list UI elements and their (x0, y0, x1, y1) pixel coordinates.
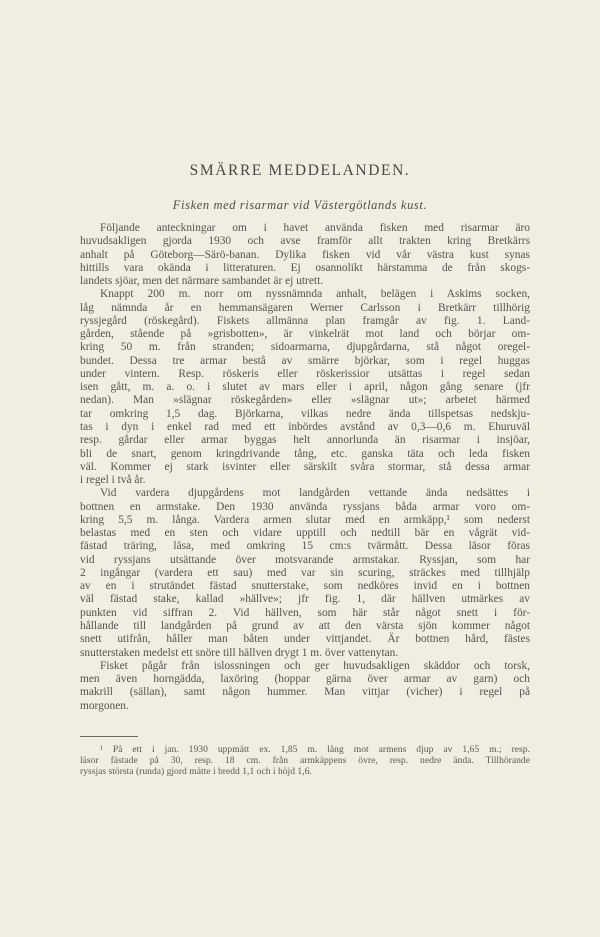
body-line: landets sjöar, men det närmare sambandet… (80, 275, 530, 288)
footnote-divider (80, 736, 138, 737)
body-line: väl. Kommer ej stark isvinter eller särs… (80, 461, 530, 474)
body-line: bundet. Dessa tre armar bestå av smärre … (80, 355, 530, 368)
body-line: Knappt 200 m. norr om nyssnämnda anhalt,… (80, 288, 530, 301)
body-line: tas i dyn i enkel rad med ett inbördes a… (80, 421, 530, 434)
footnote-line: ryssjas största (runda) gjord mätte i br… (80, 766, 530, 777)
footnote-line: läsor fästade på 30, resp. 18 cm. från a… (80, 755, 530, 766)
body-line: av en i strutändet fästad snutterstake, … (80, 580, 530, 593)
body-line: väl fästad stake, kallad »hällve»; jfr f… (80, 593, 530, 606)
body-line: huvudsakligen gjorda 1930 och avse framf… (80, 235, 530, 248)
body-line: belastas med en sten och vidare upptill … (80, 527, 530, 540)
body-line: snutterstaken medelst ett snöre till häl… (80, 647, 530, 660)
body-line: 2 ingångar (vardera ett sau) med var sin… (80, 567, 530, 580)
body-line: i regel i två år. (80, 474, 530, 487)
body-line: hållande till landgården på grund av att… (80, 620, 530, 633)
body-line: tar omkring 1,5 dag. Björkarna, vilkas n… (80, 408, 530, 421)
body-line: nedan). Man »slägnar röskegården» eller … (80, 394, 530, 407)
article-title: Fisken med risarmar vid Västergötlands k… (0, 198, 600, 213)
body-line: ryssjegård (röskegård). Fiskets allmänna… (80, 315, 530, 328)
body-line: under vintern. Resp. röskeris eller rösk… (80, 368, 530, 381)
body-line: Fisket pågår från islossningen och ger h… (80, 660, 530, 673)
body-line: vid ryssjans utsättande över motsvarande… (80, 554, 530, 567)
footnote-line: ¹ På ett i jan. 1930 uppmätt ex. 1,85 m.… (80, 744, 530, 755)
body-line: kring 5,5 m. långa. Vardera armen slutar… (80, 514, 530, 527)
body-line: hittills vara okända i litteraturen. Ej … (80, 262, 530, 275)
section-heading: SMÄRRE MEDDELANDEN. (0, 162, 600, 180)
body-line: isen gått, m. a. o. i slutet av mars ell… (80, 381, 530, 394)
body-line: Följande anteckningar om i havet använda… (80, 222, 530, 235)
body-line: Vid vardera djupgårdens mot landgården v… (80, 487, 530, 500)
body-line: resp. gårdar eller armar byggas helt ann… (80, 434, 530, 447)
body-line: morgonen. (80, 700, 530, 713)
body-line: men även horngädda, laxöring (hoppar gär… (80, 673, 530, 686)
body-line: punkten vid siffran 2. Vid hällven, som … (80, 607, 530, 620)
article-body: Följande anteckningar om i havet använda… (80, 222, 530, 713)
footnote: ¹ På ett i jan. 1930 uppmätt ex. 1,85 m.… (80, 744, 530, 778)
body-line: snett utifrån, håller man båten under vi… (80, 633, 530, 646)
body-line: makrill (sällan), samt någon hummer. Man… (80, 686, 530, 699)
body-line: fästad träring, läsa, med omkring 15 cm:… (80, 540, 530, 553)
body-line: kring 50 m. från stranden; sidoarmarna, … (80, 341, 530, 354)
scanned-page: SMÄRRE MEDDELANDEN. Fisken med risarmar … (0, 0, 600, 937)
body-line: bottnen en armstake. Den 1930 använda ry… (80, 501, 530, 514)
body-line: bli de snart, genom kringdrivande tång, … (80, 448, 530, 461)
body-line: anhalt på Göteborg—Särö-banan. Dylika fi… (80, 249, 530, 262)
body-line: gården, stående på »grisbotten», är vink… (80, 328, 530, 341)
body-line: låg nämnda år en hemmansägaren Werner Ca… (80, 302, 530, 315)
